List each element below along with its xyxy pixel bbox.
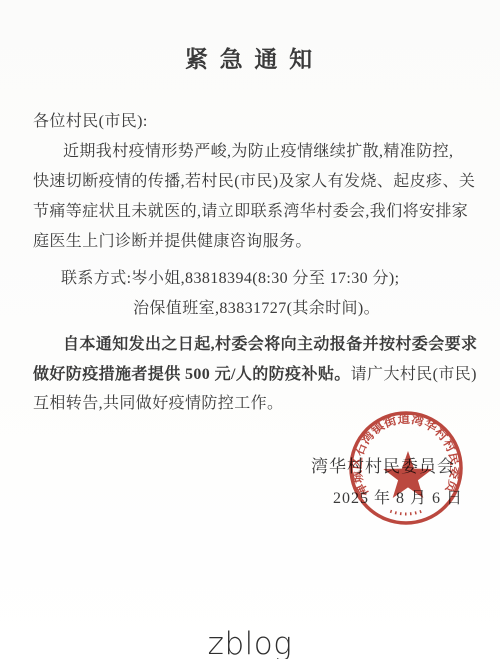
signature-committee-name: 湾华村村民委员会 xyxy=(311,452,455,477)
notice-document: 紧 急 通 知 各位村民(市民): 近期我村疫情形势严峻,为防止疫情继续扩散,精… xyxy=(0,0,500,659)
paragraph1-line2: 快速切断疫情的传播,若村民(市民)及家人有发烧、起皮疹、关 xyxy=(33,168,475,191)
notice-title: 紧 急 通 知 xyxy=(0,41,500,74)
paragraph1-line4: 庭医生上门诊断并提供健康咨询服务。 xyxy=(33,228,312,251)
paragraph1-line1: 近期我村疫情形势严峻,为防止疫情继续扩散,精准防控, xyxy=(63,138,453,161)
seal-serial-marks xyxy=(390,511,421,514)
site-watermark: zblog xyxy=(0,626,500,659)
paragraph2-line1: 自本通知发出之日起,村委会将向主动报备并按村委会要求 xyxy=(63,331,477,354)
paragraph2-line2-bold-part: 做好防疫措施者提供 500 元/人的防疫补贴。 xyxy=(33,366,351,383)
signature-date: 2025 年 8 月 6 日 xyxy=(333,485,463,508)
paragraph2-line3: 互相转告,共同做好疫情防控工作。 xyxy=(33,390,283,413)
paragraph2-line2: 做好防疫措施者提供 500 元/人的防疫补贴。请广大村民(市民) xyxy=(33,361,477,384)
salutation-line: 各位村民(市民): xyxy=(33,108,148,131)
paragraph2-line2-regular-part: 请广大村民(市民) xyxy=(351,366,477,383)
contact-line2: 治保值班室,83831727(其余时间)。 xyxy=(133,295,380,318)
paragraph1-line3: 节痛等症状且未就医的,请立即联系湾华村委会,我们将安排家 xyxy=(33,198,468,221)
contact-line1: 联系方式:岑小姐,83818394(8:30 分至 17:30 分); xyxy=(61,265,399,288)
